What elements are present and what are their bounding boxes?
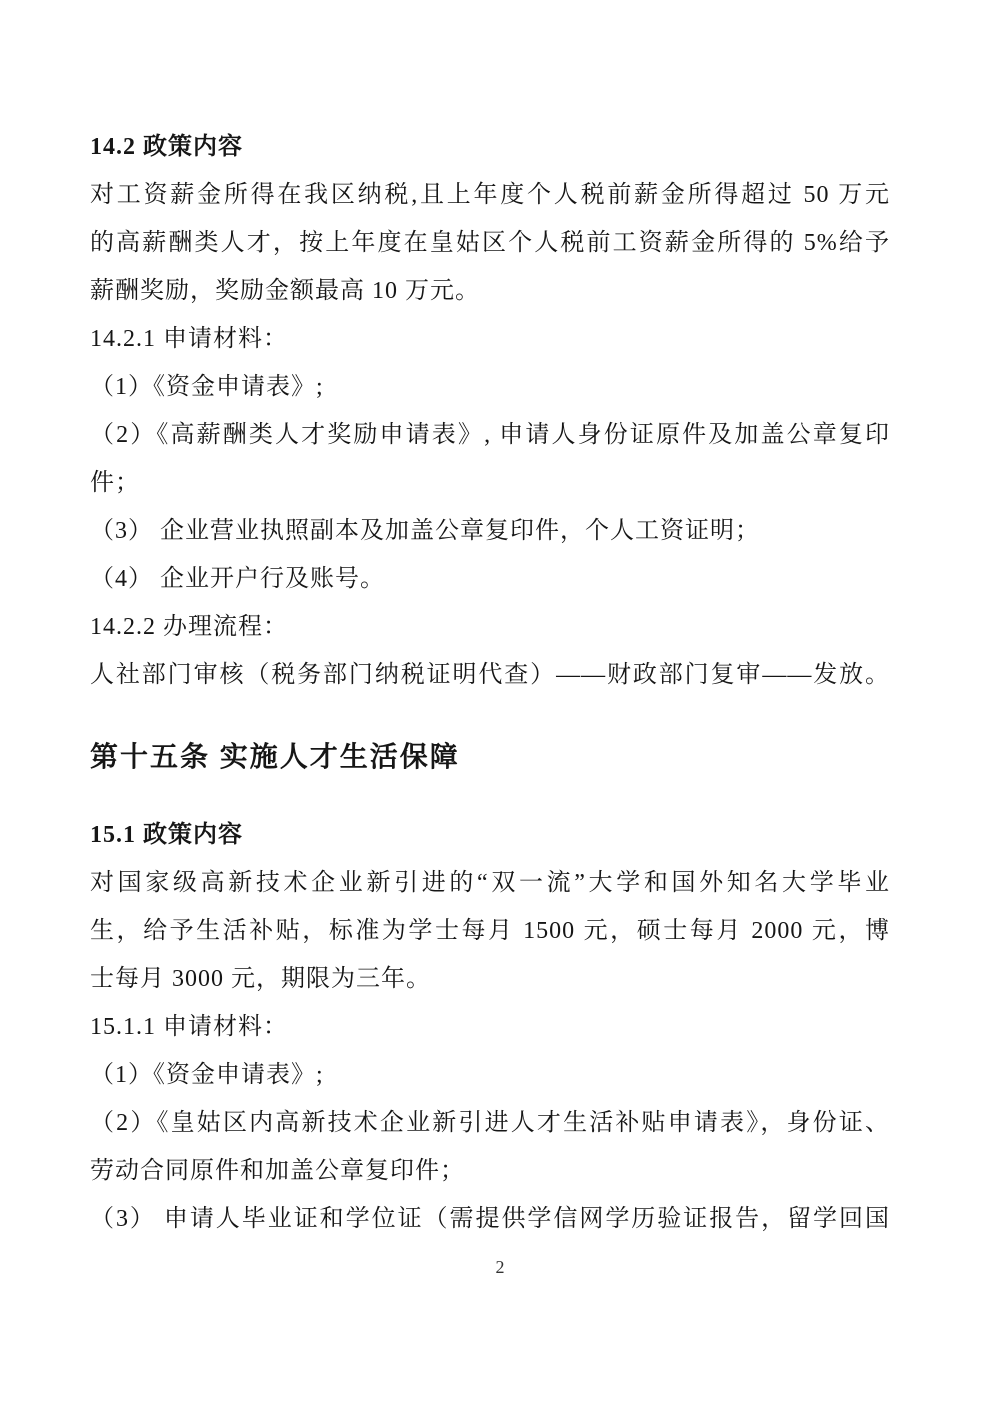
document-page: 14.2 政策内容 对工资薪金所得在我区纳税,且上年度个人税前薪金所得超过 50… <box>0 0 1000 1413</box>
item-14-2-1-2-line-2: 件； <box>90 459 890 507</box>
para-14-2-line-1: 对工资薪金所得在我区纳税,且上年度个人税前薪金所得超过 50 万元 <box>90 171 890 219</box>
para-15-1-line-1: 对国家级高新技术企业新引进的“双一流”大学和国外知名大学毕业 <box>90 859 890 907</box>
item-15-1-1-3-line-1: （3） 申请人毕业证和学位证（需提供学信网学历验证报告，留学回国 <box>90 1195 890 1243</box>
para-14-2-2-process: 人社部门审核（税务部门纳税证明代查）——财政部门复审——发放。 <box>90 651 890 699</box>
heading-14-2-1-materials: 14.2.1 申请材料： <box>90 315 890 363</box>
heading-15-1-1-materials: 15.1.1 申请材料： <box>90 1003 890 1051</box>
heading-14-2-2-process: 14.2.2 办理流程： <box>90 603 890 651</box>
para-14-2-line-3: 薪酬奖励，奖励金额最高 10 万元。 <box>90 267 890 315</box>
item-14-2-1-2-line-1: （2）《高薪酬类人才奖励申请表》, 申请人身份证原件及加盖公章复印 <box>90 411 890 459</box>
heading-14-2-policy-content: 14.2 政策内容 <box>90 123 890 171</box>
item-14-2-1-1: （1）《资金申请表》; <box>90 363 890 411</box>
para-15-1-line-2: 生，给予生活补贴，标准为学士每月 1500 元，硕士每月 2000 元，博 <box>90 907 890 955</box>
item-15-1-1-2-line-1: （2）《皇姑区内高新技术企业新引进人才生活补贴申请表》，身份证、 <box>90 1099 890 1147</box>
para-15-1-line-3: 士每月 3000 元，期限为三年。 <box>90 955 890 1003</box>
item-15-1-1-2-line-2: 劳动合同原件和加盖公章复印件； <box>90 1147 890 1195</box>
item-14-2-1-4: （4） 企业开户行及账号。 <box>90 555 890 603</box>
item-14-2-1-3: （3） 企业营业执照副本及加盖公章复印件，个人工资证明； <box>90 507 890 555</box>
document-text-block: 14.2 政策内容 对工资薪金所得在我区纳税,且上年度个人税前薪金所得超过 50… <box>90 123 890 1243</box>
heading-article-15: 第十五条 实施人才生活保障 <box>90 733 890 781</box>
heading-15-1-policy-content: 15.1 政策内容 <box>90 811 890 859</box>
page-number: 2 <box>0 1243 1000 1291</box>
para-14-2-line-2: 的高薪酬类人才，按上年度在皇姑区个人税前工资薪金所得的 5%给予 <box>90 219 890 267</box>
item-15-1-1-1: （1）《资金申请表》; <box>90 1051 890 1099</box>
